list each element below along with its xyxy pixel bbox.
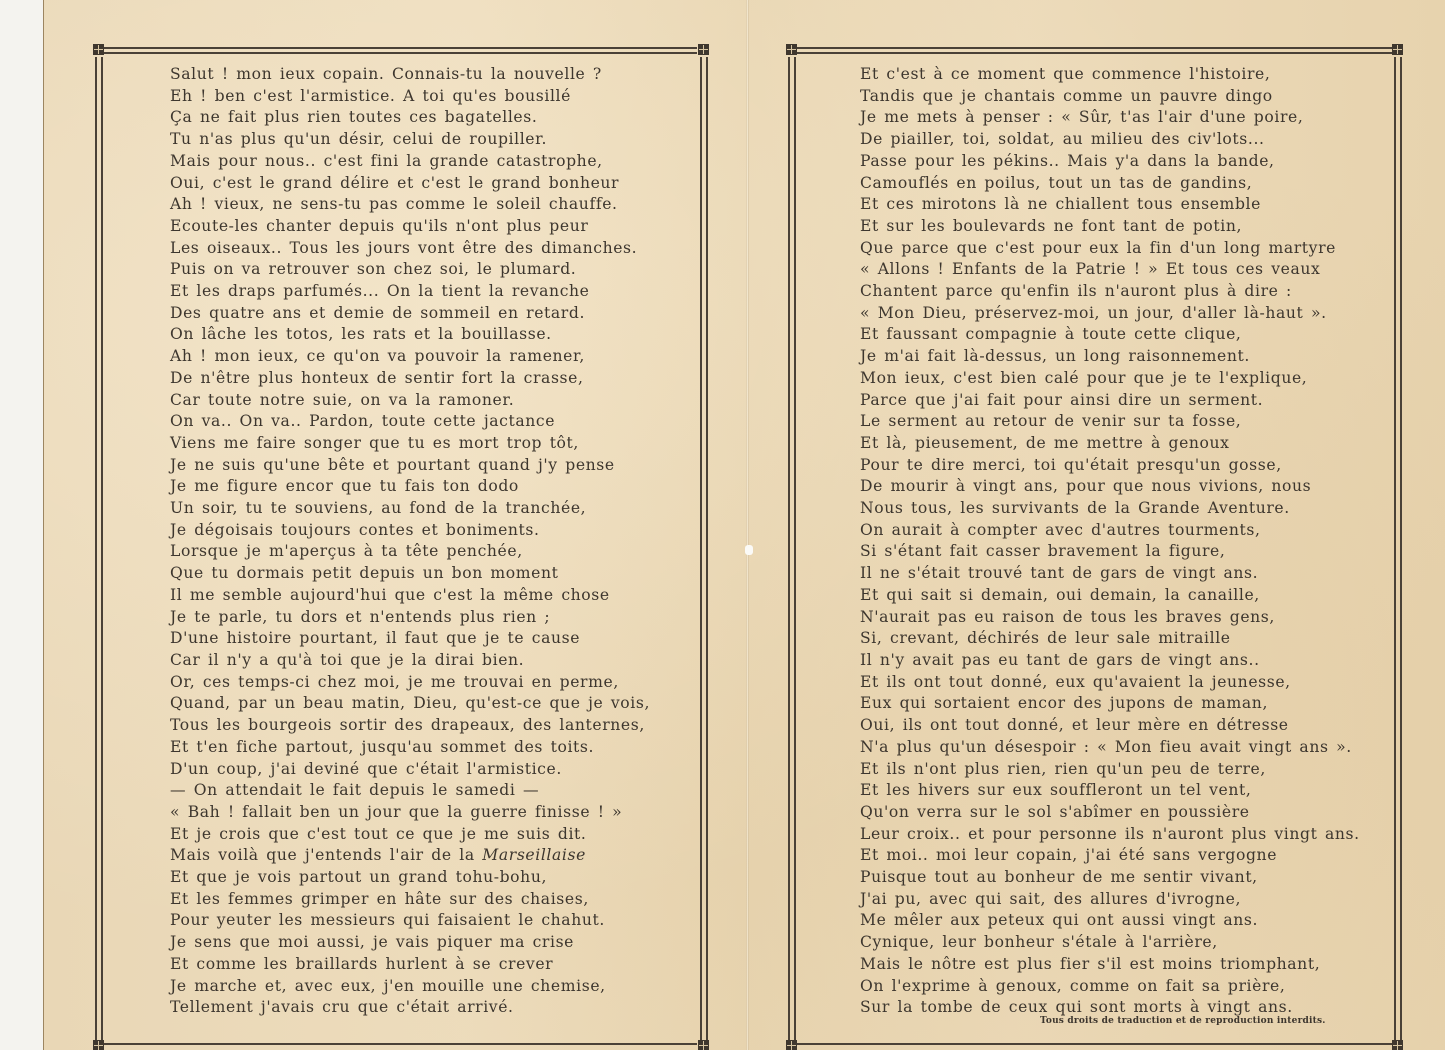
corner-ornament-icon <box>786 1040 797 1050</box>
poem-line: « Allons ! Enfants de la Patrie ! » Et t… <box>860 259 1360 281</box>
poem-line: Eh ! ben c'est l'armistice. A toi qu'es … <box>170 86 650 108</box>
poem-line: « Mon Dieu, préservez-moi, un jour, d'al… <box>860 303 1360 325</box>
poem-line: Or, ces temps-ci chez moi, je me trouvai… <box>170 672 650 694</box>
poem-line: Que parce que c'est pour eux la fin d'un… <box>860 238 1360 260</box>
poem-line: Et moi.. moi leur copain, j'ai été sans … <box>860 845 1360 867</box>
poem-line: Tellement j'avais cru que c'était arrivé… <box>170 997 650 1019</box>
corner-ornament-icon <box>1392 1040 1403 1050</box>
poem-line: Ça ne fait plus rien toutes ces bagatell… <box>170 107 650 129</box>
poem-line: Qu'on verra sur le sol s'abîmer en pouss… <box>860 802 1360 824</box>
poem-line: Je me mets à penser : « Sûr, t'as l'air … <box>860 107 1360 129</box>
poem-line: Si, crevant, déchirés de leur sale mitra… <box>860 628 1360 650</box>
poem-line: — On attendait le fait depuis le samedi … <box>170 780 650 802</box>
poem-line: Pour yeuter les messieurs qui faisaient … <box>170 910 650 932</box>
poem-line: Quand, par un beau matin, Dieu, qu'est-c… <box>170 693 650 715</box>
poem-line: Oui, ils ont tout donné, et leur mère en… <box>860 715 1360 737</box>
poem-line: Eux qui sortaient encor des jupons de ma… <box>860 693 1360 715</box>
poem-line: Et les femmes grimper en hâte sur des ch… <box>170 889 650 911</box>
poem-line: Que tu dormais petit depuis un bon momen… <box>170 563 650 585</box>
paper-tear <box>745 545 753 555</box>
poem-line: De n'être plus honteux de sentir fort la… <box>170 368 650 390</box>
poem-line: On aurait à compter avec d'autres tourme… <box>860 520 1360 542</box>
poem-line: Et qui sait si demain, oui demain, la ca… <box>860 585 1360 607</box>
poem-line: Et sur les boulevards ne font tant de po… <box>860 216 1360 238</box>
poem-line: Nous tous, les survivants de la Grande A… <box>860 498 1360 520</box>
poem-line: Ah ! mon ieux, ce qu'on va pouvoir la ra… <box>170 346 650 368</box>
poem-line: Tandis que je chantais comme un pauvre d… <box>860 86 1360 108</box>
poem-line: Et comme les braillards hurlent à se cre… <box>170 954 650 976</box>
poem-line: Je te parle, tu dors et n'entends plus r… <box>170 607 650 629</box>
poem-line: Et t'en fiche partout, jusqu'au sommet d… <box>170 737 650 759</box>
poem-line: Camouflés en poilus, tout un tas de gand… <box>860 173 1360 195</box>
poem-line: Parce que j'ai fait pour ainsi dire un s… <box>860 390 1360 412</box>
poem-line: Lorsque je m'aperçus à ta tête penchée, <box>170 541 650 563</box>
poem-line: Le serment au retour de venir sur ta fos… <box>860 411 1360 433</box>
poem-line: On lâche les totos, les rats et la bouil… <box>170 324 650 346</box>
poem-line: Ah ! vieux, ne sens-tu pas comme le sole… <box>170 194 650 216</box>
poem-line: Oui, c'est le grand délire et c'est le g… <box>170 173 650 195</box>
poem-line: D'un coup, j'ai deviné que c'était l'arm… <box>170 759 650 781</box>
poem-line: Les oiseaux.. Tous les jours vont être d… <box>170 238 650 260</box>
poem-line: Mais voilà que j'entends l'air de la Mar… <box>170 845 650 867</box>
poem-line: N'aurait pas eu raison de tous les brave… <box>860 607 1360 629</box>
poem-line: Et que je vois partout un grand tohu-boh… <box>170 867 650 889</box>
poem-line: Chantent parce qu'enfin ils n'auront plu… <box>860 281 1360 303</box>
poem-line: Je dégoisais toujours contes et boniment… <box>170 520 650 542</box>
poem-line: Et je crois que c'est tout ce que je me … <box>170 824 650 846</box>
corner-ornament-icon <box>698 44 709 55</box>
center-fold <box>746 0 749 1050</box>
poem-line: Et ils n'ont plus rien, rien qu'un peu d… <box>860 759 1360 781</box>
corner-ornament-icon <box>786 44 797 55</box>
poem-line: Leur croix.. et pour personne ils n'auro… <box>860 824 1360 846</box>
poem-line: Mais le nôtre est plus fier s'il est moi… <box>860 954 1360 976</box>
corner-ornament-icon <box>93 44 104 55</box>
poem-line: Viens me faire songer que tu es mort tro… <box>170 433 650 455</box>
poem-line: Et faussant compagnie à toute cette cliq… <box>860 324 1360 346</box>
poem-line: De mourir à vingt ans, pour que nous viv… <box>860 476 1360 498</box>
poem-line: Si s'étant fait casser bravement la figu… <box>860 541 1360 563</box>
corner-ornament-icon <box>1392 44 1403 55</box>
poem-line: Je ne suis qu'une bête et pourtant quand… <box>170 455 650 477</box>
poem-line: Il ne s'était trouvé tant de gars de vin… <box>860 563 1360 585</box>
poem-line: Cynique, leur bonheur s'étale à l'arrièr… <box>860 932 1360 954</box>
poem-line: Un soir, tu te souviens, au fond de la t… <box>170 498 650 520</box>
poem-line: Tu n'as plus qu'un désir, celui de roupi… <box>170 129 650 151</box>
poem-line: Passe pour les pékins.. Mais y'a dans la… <box>860 151 1360 173</box>
poem-line: On va.. On va.. Pardon, toute cette jact… <box>170 411 650 433</box>
poem-line: Me mêler aux peteux qui ont aussi vingt … <box>860 910 1360 932</box>
poem-line: De piailler, toi, soldat, au milieu des … <box>860 129 1360 151</box>
poem-line: Tous les bourgeois sortir des drapeaux, … <box>170 715 650 737</box>
italic-title: Marseillaise <box>482 846 586 864</box>
left-page-poem: Salut ! mon ieux copain. Connais-tu la n… <box>170 64 650 1019</box>
poem-line: Des quatre ans et demie de sommeil en re… <box>170 303 650 325</box>
poem-line: Je me figure encor que tu fais ton dodo <box>170 476 650 498</box>
poem-line: Je m'ai fait là-dessus, un long raisonne… <box>860 346 1360 368</box>
right-page-poem: Et c'est à ce moment que commence l'hist… <box>860 64 1360 1019</box>
poem-line: J'ai pu, avec qui sait, des allures d'iv… <box>860 889 1360 911</box>
poem-line: Mais pour nous.. c'est fini la grande ca… <box>170 151 650 173</box>
poem-line: Puisque tout au bonheur de me sentir viv… <box>860 867 1360 889</box>
poem-line: D'une histoire pourtant, il faut que je … <box>170 628 650 650</box>
poem-line: Il n'y avait pas eu tant de gars de ving… <box>860 650 1360 672</box>
poem-line: Et ces mirotons là ne chiallent tous ens… <box>860 194 1360 216</box>
poem-line: Il me semble aujourd'hui que c'est la mê… <box>170 585 650 607</box>
poem-line: Je sens que moi aussi, je vais piquer ma… <box>170 932 650 954</box>
poem-line: Je marche et, avec eux, j'en mouille une… <box>170 976 650 998</box>
poem-line: « Bah ! fallait ben un jour que la guerr… <box>170 802 650 824</box>
poem-line: Et ils ont tout donné, eux qu'avaient la… <box>860 672 1360 694</box>
corner-ornament-icon <box>93 1040 104 1050</box>
poem-line: Ecoute-les chanter depuis qu'ils n'ont p… <box>170 216 650 238</box>
poem-line: Et les draps parfumés... On la tient la … <box>170 281 650 303</box>
poem-line: Car il n'y a qu'à toi que je la dirai bi… <box>170 650 650 672</box>
poem-line: Puis on va retrouver son chez soi, le pl… <box>170 259 650 281</box>
corner-ornament-icon <box>698 1040 709 1050</box>
poem-line: Et là, pieusement, de me mettre à genoux <box>860 433 1360 455</box>
poem-line: Pour te dire merci, toi qu'était presqu'… <box>860 455 1360 477</box>
poem-line: Salut ! mon ieux copain. Connais-tu la n… <box>170 64 650 86</box>
poem-line: Et les hivers sur eux souffleront un tel… <box>860 780 1360 802</box>
poem-line: Et c'est à ce moment que commence l'hist… <box>860 64 1360 86</box>
poem-line: Mon ieux, c'est bien calé pour que je te… <box>860 368 1360 390</box>
poem-line: Car toute notre suie, on va la ramoner. <box>170 390 650 412</box>
poem-line: On l'exprime à genoux, comme on fait sa … <box>860 976 1360 998</box>
copyright-notice: Tous droits de traduction et de reproduc… <box>1040 1016 1326 1026</box>
poem-line: N'a plus qu'un désespoir : « Mon fieu av… <box>860 737 1360 759</box>
